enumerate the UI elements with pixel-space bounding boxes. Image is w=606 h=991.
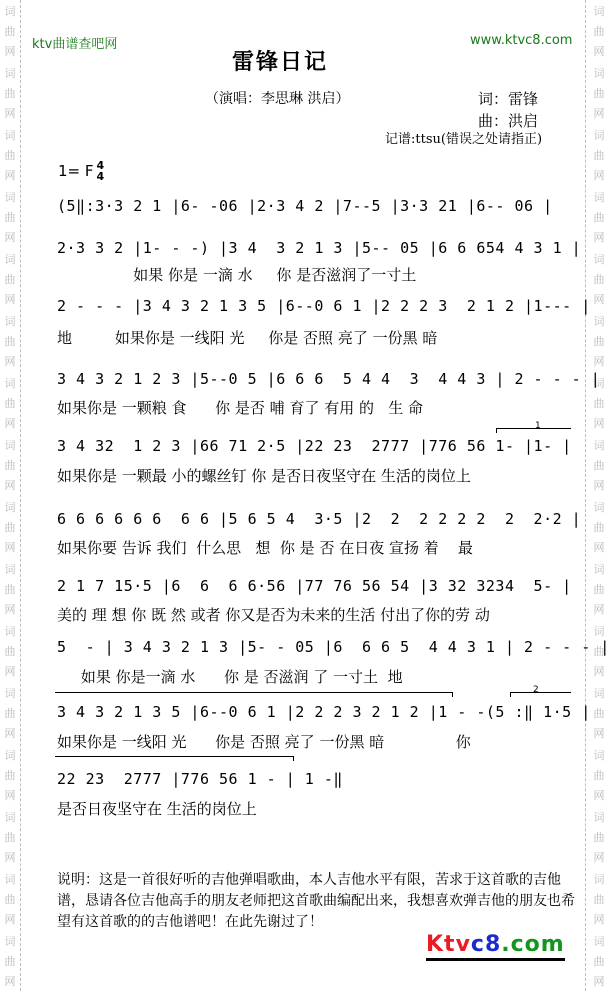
ktvc8-logo[interactable]: Ktvc8.com xyxy=(426,932,565,961)
watermark-char: 词 xyxy=(590,808,606,828)
watermark-char: 曲 xyxy=(1,84,19,104)
score-line-1: (5‖:3·3 2 1 |6- -06 |2·3 4 2 |7--5 |3·3 … xyxy=(57,197,553,215)
lyric-line-6: 如果你要 告诉 我们 什么思 想 你 是 否 在日夜 宣扬 着 最 xyxy=(57,537,473,558)
watermark-char: 曲 xyxy=(590,456,606,476)
watermark-char: 网 xyxy=(590,352,606,372)
watermark-char: 曲 xyxy=(590,22,606,42)
lyricist-credit: 词：雷锋 xyxy=(478,88,538,109)
watermark-char: 曲 xyxy=(1,704,19,724)
lyric-line-2: 如果 你是 一滴 水 你 是否滋润了一寸土 xyxy=(57,264,416,285)
watermark-char: 曲 xyxy=(590,332,606,352)
key-signature: 1= F 4 4 xyxy=(58,160,104,182)
watermark-char: 曲 xyxy=(590,518,606,538)
score-line-8: 5 - | 3 4 3 2 1 3 |5- - 05 |6 6 6 5 4 4 … xyxy=(57,638,606,656)
watermark-char: 曲 xyxy=(1,332,19,352)
watermark-char: 词 xyxy=(1,746,19,766)
watermark-char: 曲 xyxy=(590,890,606,910)
watermark-char: 网 xyxy=(590,662,606,682)
watermark-char: 网 xyxy=(590,166,606,186)
lyric-line-5: 如果你是 一颗最 小的螺丝钉 你 是否日夜坚守在 生活的岗位上 xyxy=(57,465,471,486)
watermark-char: 曲 xyxy=(590,952,606,972)
watermark-char: 曲 xyxy=(1,766,19,786)
watermark-char: 曲 xyxy=(1,456,19,476)
watermark-char: 曲 xyxy=(1,518,19,538)
watermark-char: 词 xyxy=(590,932,606,952)
watermark-char: 词 xyxy=(1,2,19,22)
watermark-char: 网 xyxy=(590,972,606,991)
site-url[interactable]: www.ktvc8.com xyxy=(470,33,572,48)
volta-2-label: 2 xyxy=(533,685,539,695)
score-line-9: 3 4 3 2 1 3 5 |6--0 6 1 |2 2 2 3 2 1 2 |… xyxy=(57,703,591,721)
watermark-char: 词 xyxy=(590,64,606,84)
watermark-char: 网 xyxy=(590,414,606,434)
watermark-char: 词 xyxy=(1,560,19,580)
watermark-char: 词 xyxy=(1,436,19,456)
logo-c8: c8 xyxy=(471,932,501,957)
watermark-char: 曲 xyxy=(1,828,19,848)
score-line-4: 3 4 3 2 1 2 3 |5--0 5 |6 6 6 5 4 4 3 4 4… xyxy=(57,370,600,388)
watermark-char: 曲 xyxy=(590,704,606,724)
watermark-char: 网 xyxy=(1,290,19,310)
watermark-char: 词 xyxy=(590,126,606,146)
description-note: 说明：这是一首很好听的吉他弹唱歌曲，本人吉他水平有限，苦求于这首歌的吉他谱，恳请… xyxy=(57,870,577,933)
watermark-char: 网 xyxy=(1,972,19,991)
watermark-char: 网 xyxy=(590,786,606,806)
score-line-7: 2 1 7 15·5 |6 6 6 6·56 |77 76 56 54 |3 3… xyxy=(57,577,572,595)
lyric-line-10: 是否日夜坚守在 生活的岗位上 xyxy=(57,798,257,819)
watermark-char: 词 xyxy=(590,560,606,580)
repeat-span-bracket xyxy=(55,692,453,697)
key-tonic: 1= F xyxy=(58,162,94,180)
watermark-char: 曲 xyxy=(1,952,19,972)
watermark-char: 网 xyxy=(1,848,19,868)
song-title: 雷锋日记 xyxy=(232,45,328,76)
watermark-char: 曲 xyxy=(1,208,19,228)
volta-1-bracket xyxy=(496,428,571,433)
watermark-char: 曲 xyxy=(590,766,606,786)
watermark-char: 词 xyxy=(1,250,19,270)
watermark-char: 曲 xyxy=(590,208,606,228)
right-watermark-margin: 词曲网词曲网词曲网词曲网词曲网词曲网词曲网词曲网词曲网词曲网词曲网词曲网词曲网词… xyxy=(585,0,606,991)
watermark-char: 曲 xyxy=(1,270,19,290)
watermark-char: 曲 xyxy=(1,394,19,414)
watermark-char: 网 xyxy=(1,104,19,124)
watermark-char: 网 xyxy=(590,290,606,310)
watermark-char: 网 xyxy=(590,476,606,496)
watermark-char: 网 xyxy=(590,538,606,558)
watermark-char: 词 xyxy=(590,2,606,22)
watermark-char: 网 xyxy=(1,910,19,930)
singer-credit: （演唱：李思琳 洪启） xyxy=(205,88,349,108)
watermark-char: 词 xyxy=(590,312,606,332)
volta-1-label: 1 xyxy=(535,421,541,431)
watermark-char: 词 xyxy=(1,312,19,332)
watermark-char: 网 xyxy=(590,228,606,248)
score-line-6: 6 6 6 6 6 6 6 6 |5 6 5 4 3·5 |2 2 2 2 2 … xyxy=(57,510,581,528)
score-line-3: 2 - - - |3 4 3 2 1 3 5 |6--0 6 1 |2 2 2 … xyxy=(57,297,591,315)
watermark-char: 词 xyxy=(1,932,19,952)
watermark-char: 词 xyxy=(1,684,19,704)
watermark-char: 网 xyxy=(1,228,19,248)
lyric-line-3: 地 如果你是 一线阳 光 你是 否照 亮了 一份黑 暗 xyxy=(57,327,437,348)
watermark-char: 词 xyxy=(590,188,606,208)
watermark-char: 词 xyxy=(1,188,19,208)
lyric-line-4: 如果你是 一颗粮 食 你 是否 哺 育了 有用 的 生 命 xyxy=(57,397,423,418)
watermark-char: 网 xyxy=(1,166,19,186)
logo-ktv: Ktv xyxy=(426,932,471,957)
watermark-char: 词 xyxy=(1,64,19,84)
left-watermark-margin: 词曲网词曲网词曲网词曲网词曲网词曲网词曲网词曲网词曲网词曲网词曲网词曲网词曲网词… xyxy=(0,0,21,991)
watermark-char: 网 xyxy=(1,476,19,496)
watermark-char: 网 xyxy=(1,724,19,744)
watermark-char: 词 xyxy=(1,870,19,890)
watermark-char: 词 xyxy=(590,498,606,518)
score-line-2: 2·3 3 2 |1- - -) |3 4 3 2 1 3 |5-- 05 |6… xyxy=(57,239,581,257)
watermark-char: 词 xyxy=(1,808,19,828)
watermark-char: 网 xyxy=(590,910,606,930)
watermark-char: 网 xyxy=(590,724,606,744)
score-line-10: 22 23 2777 |776 56 1 - | 1 -‖ xyxy=(57,770,343,788)
watermark-char: 曲 xyxy=(590,84,606,104)
transcriber-credit: 记谱:ttsu(错误之处请指正) xyxy=(385,128,542,147)
watermark-char: 网 xyxy=(1,42,19,62)
watermark-char: 词 xyxy=(590,250,606,270)
watermark-char: 网 xyxy=(1,352,19,372)
site-name: ktv曲谱查吧网 xyxy=(32,33,117,52)
watermark-char: 网 xyxy=(590,42,606,62)
watermark-char: 曲 xyxy=(1,580,19,600)
watermark-char: 网 xyxy=(1,662,19,682)
watermark-char: 曲 xyxy=(590,828,606,848)
score-line-5: 3 4 32 1 2 3 |66 71 2·5 |22 23 2777 |776… xyxy=(57,437,572,455)
watermark-char: 网 xyxy=(1,538,19,558)
time-signature: 4 4 xyxy=(97,160,105,182)
watermark-char: 词 xyxy=(1,374,19,394)
watermark-char: 网 xyxy=(590,600,606,620)
watermark-char: 曲 xyxy=(1,146,19,166)
watermark-char: 词 xyxy=(590,436,606,456)
watermark-char: 词 xyxy=(1,126,19,146)
volta-2-bracket xyxy=(510,692,571,697)
watermark-char: 曲 xyxy=(1,642,19,662)
watermark-char: 词 xyxy=(1,498,19,518)
watermark-char: 词 xyxy=(590,870,606,890)
watermark-char: 曲 xyxy=(590,270,606,290)
watermark-char: 曲 xyxy=(590,146,606,166)
watermark-char: 网 xyxy=(590,104,606,124)
watermark-char: 曲 xyxy=(1,890,19,910)
watermark-char: 曲 xyxy=(590,394,606,414)
watermark-char: 词 xyxy=(590,746,606,766)
watermark-char: 曲 xyxy=(590,580,606,600)
watermark-char: 曲 xyxy=(1,22,19,42)
ending-span-bracket xyxy=(55,756,294,761)
lyric-line-8: 如果 你是一滴 水 你 是 否滋润 了 一寸土 地 xyxy=(57,666,403,687)
watermark-char: 网 xyxy=(1,786,19,806)
watermark-char: 网 xyxy=(1,414,19,434)
logo-com: .com xyxy=(501,932,564,957)
watermark-char: 网 xyxy=(590,848,606,868)
lyric-line-7: 美的 理 想 你 既 然 或者 你又是否为未来的生活 付出了你的劳 动 xyxy=(57,604,490,625)
watermark-char: 词 xyxy=(590,684,606,704)
lyric-line-9: 如果你是 一线阳 光 你是 否照 亮了 一份黑 暗 你 xyxy=(57,731,471,752)
time-bottom: 4 xyxy=(97,171,105,182)
watermark-char: 词 xyxy=(1,622,19,642)
watermark-char: 网 xyxy=(1,600,19,620)
